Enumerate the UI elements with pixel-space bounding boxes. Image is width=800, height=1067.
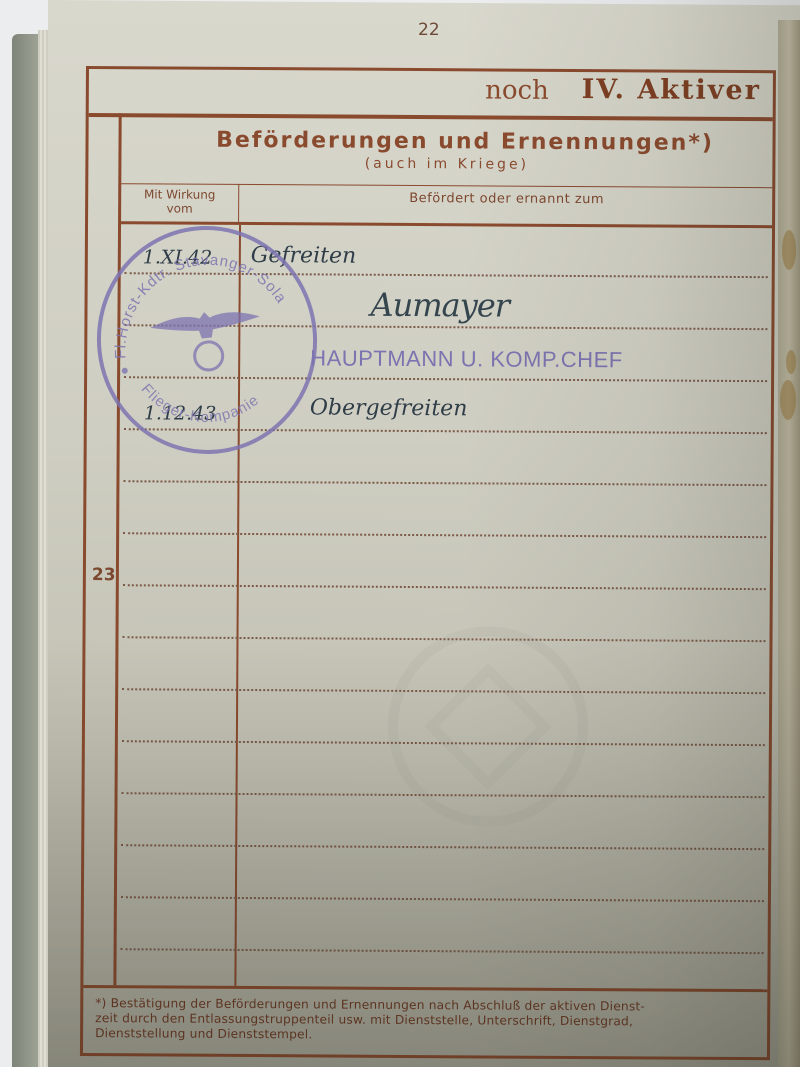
facing-page-edge (778, 20, 800, 1067)
entry-line (121, 896, 764, 902)
margin-number: 23 (92, 565, 116, 585)
official-stamp: Fl.Horst-Kdtr. Stavanger-Sola Flieger-Ko… (80, 211, 333, 470)
handwritten-signature: Aumayer (370, 286, 509, 325)
page-number: 22 (418, 20, 440, 40)
section-title: Beförderungen und Ernennungen*) (121, 127, 772, 156)
eagle-emblem-icon (149, 306, 264, 375)
header-prefix: noch (485, 75, 549, 105)
column-header-date-line1: Mit Wirkung (121, 187, 238, 202)
entry-line (121, 844, 764, 850)
section-subtitle: (auch im Kriege) (121, 154, 772, 174)
entry-rank: Obergefreiten (310, 395, 468, 421)
stamp-seal-icon: Fl.Horst-Kdtr. Stavanger-Sola Flieger-Ko… (80, 211, 333, 470)
form-frame: noch IV. Aktiver 23 Beförderungen und Er… (80, 66, 776, 1060)
stamp-bottom-text: Flieger-Kompanie (137, 369, 265, 433)
footnote: *) Bestätigung der Beförderungen und Ern… (83, 985, 767, 1057)
entry-line (121, 948, 764, 954)
footnote-line: Dienststellung und Dienststempel. (95, 1026, 757, 1045)
title-band: noch IV. Aktiver (89, 69, 773, 121)
section-header: Beförderungen und Ernennungen*) (auch im… (121, 117, 772, 188)
section-heading: IV. Aktiver (582, 74, 761, 106)
rank-title-stamp: HAUPTMANN U. KOMP.CHEF (310, 345, 623, 373)
column-header-date: Mit Wirkung vom (121, 183, 239, 222)
svg-text:Flieger-Kompanie: Flieger-Kompanie (137, 369, 265, 433)
column-header-date-line2: vom (121, 201, 238, 216)
column-header-rank: Befördert oder ernannt zum (241, 184, 772, 225)
entry-line (123, 532, 766, 538)
entry-line (123, 480, 766, 486)
entry-line (123, 584, 766, 590)
